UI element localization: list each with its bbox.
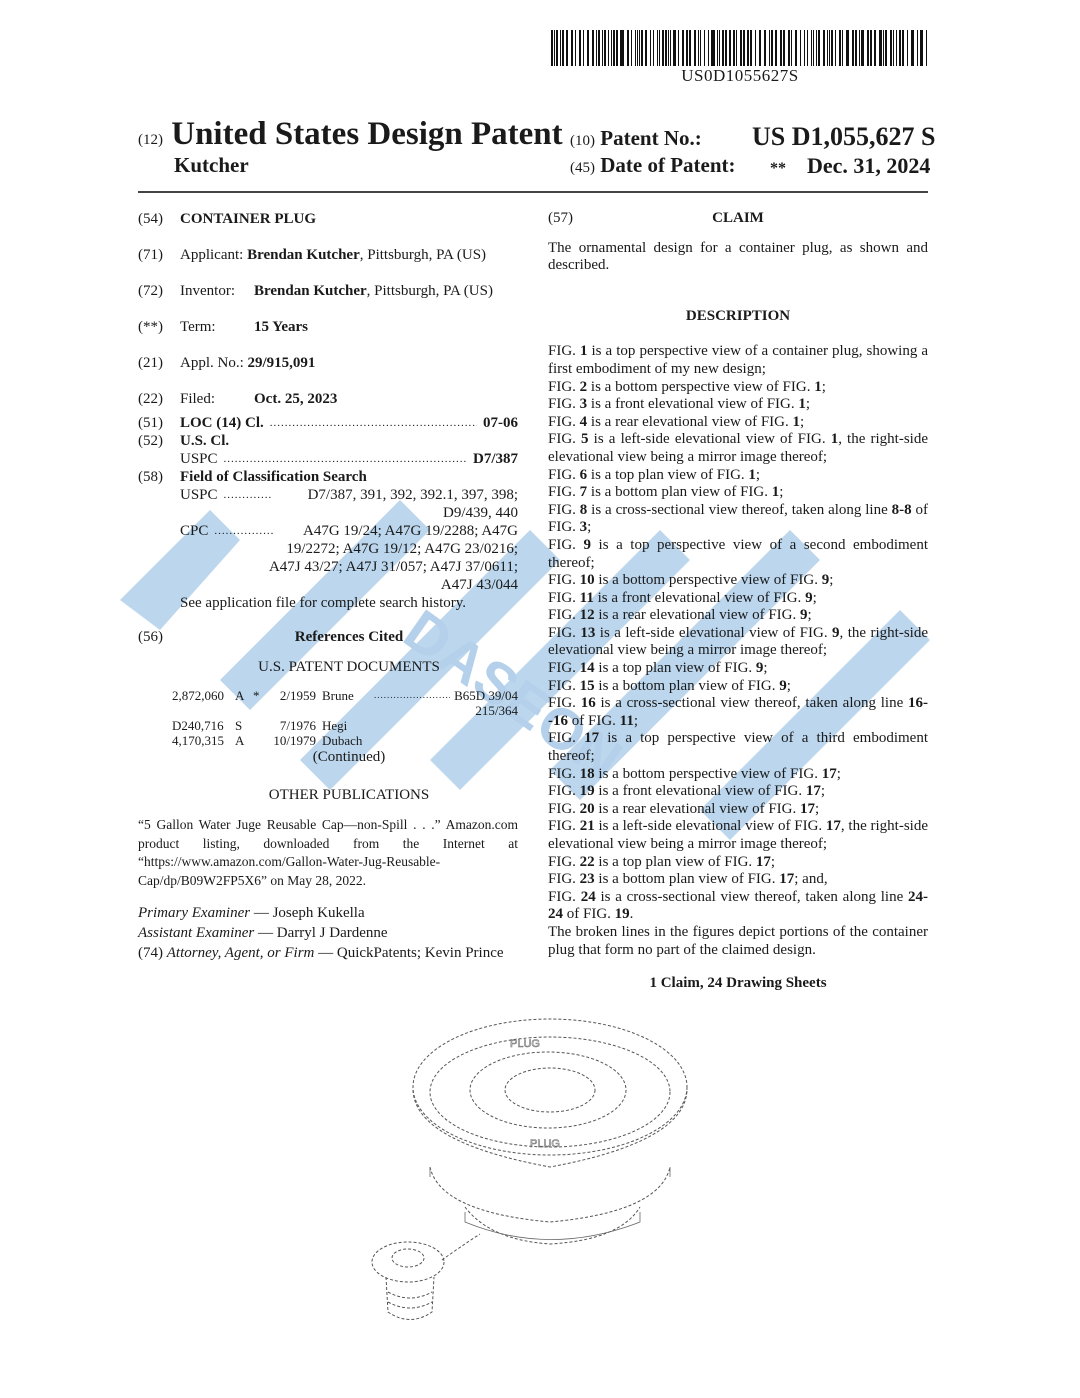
- figure-description: FIG. 3 is a front elevational view of FI…: [548, 396, 928, 414]
- inid-code: (52): [138, 432, 180, 450]
- barcode-bar: [579, 30, 580, 66]
- inid-code: (58): [138, 468, 180, 486]
- field-search-uspc: USPC ............. D7/387, 391, 392, 392…: [138, 486, 518, 504]
- barcode-bar: [627, 30, 629, 66]
- applicant-value: Applicant: Brendan Kutcher, Pittsburgh, …: [180, 246, 486, 264]
- barcode-bar: [551, 30, 553, 66]
- barcode-bar: [783, 30, 785, 66]
- barcode-bar: [637, 30, 638, 66]
- patent-number-label: (10) Patent No.:: [570, 126, 702, 151]
- loc-class-value: 07-06: [483, 414, 518, 432]
- assistant-examiner: Assistant Examiner — Darryl J Dardenne: [138, 924, 518, 942]
- uspc-label: USPC: [180, 450, 218, 468]
- barcode-bar: [747, 30, 749, 66]
- inventor-name: Brendan Kutcher: [254, 283, 367, 299]
- inventor-location: , Pittsburgh, PA (US): [367, 283, 493, 299]
- barcode-bar: [743, 30, 745, 66]
- appl-no-label: Appl. No.:: [180, 354, 244, 372]
- barcode-bar: [704, 30, 705, 66]
- barcode-bar: [911, 30, 912, 66]
- barcode-bar: [755, 30, 756, 66]
- search-cpc-line: 19/2272; A47G 19/12; A47G 23/0216;: [138, 540, 518, 558]
- barcode-bar: [725, 30, 727, 66]
- reference-name: Hegi: [322, 718, 374, 733]
- search-uspc-line: D9/439, 440: [138, 504, 518, 522]
- continued-note: (Continued): [138, 748, 518, 766]
- barcode-bar: [712, 30, 714, 66]
- claims-sheets-summary: 1 Claim, 24 Drawing Sheets: [548, 975, 928, 993]
- figure-description: FIG. 12 is a rear elevational view of FI…: [548, 607, 928, 625]
- other-publications-heading: OTHER PUBLICATIONS: [180, 786, 518, 804]
- barcode-bar: [750, 30, 751, 66]
- date-of-patent: Dec. 31, 2024: [807, 153, 930, 179]
- barcode-bar: [823, 30, 825, 66]
- barcode-bar: [598, 30, 600, 66]
- barcode-bar: [620, 30, 621, 66]
- figure-description: FIG. 1 is a top perspective view of a co…: [548, 343, 928, 378]
- barcode-bar: [829, 30, 830, 66]
- barcode-bar: [912, 30, 913, 66]
- barcode-bar: [611, 30, 612, 66]
- title-field: (54) CONTAINER PLUG: [138, 210, 518, 228]
- claim-heading-row: (57) CLAIM: [548, 210, 928, 228]
- figure-descriptions: FIG. 1 is a top perspective view of a co…: [548, 343, 928, 924]
- inid-code: (71): [138, 246, 180, 264]
- barcode-bar: [608, 30, 609, 66]
- barcode-bar: [769, 30, 770, 66]
- reference-class: [450, 718, 518, 733]
- barcode-bar: [800, 30, 801, 66]
- figure-description: FIG. 13 is a left-side elevational view …: [548, 625, 928, 660]
- date-of-patent-label: (45) Date of Patent:: [570, 153, 736, 178]
- barcode-bar: [659, 30, 660, 66]
- barcode-bar: [602, 30, 603, 66]
- barcode-bar: [759, 30, 760, 66]
- loc-class-field: (51) LOC (14) Cl. ......................…: [138, 414, 518, 432]
- search-uspc-label: USPC: [180, 486, 218, 504]
- applicant-label: Applicant:: [180, 247, 243, 263]
- barcode-bar: [686, 30, 687, 66]
- barcode-bar: [926, 30, 927, 66]
- barcode-bar: [587, 30, 588, 66]
- barcode-bar: [571, 30, 573, 66]
- barcode-bar: [650, 30, 651, 66]
- ring-text-top: PLUG: [510, 1038, 540, 1050]
- applicant-location: , Pittsburgh, PA (US): [360, 247, 486, 263]
- term-field: (**) Term:15 Years: [138, 318, 518, 336]
- barcode-bar: [816, 30, 817, 66]
- reference-kind: S: [235, 718, 253, 733]
- reference-row: 2,872,060A*2/1959Brune..................…: [138, 688, 518, 703]
- inid-code: (74): [138, 945, 163, 961]
- date-of-patent-label-text: Date of Patent:: [600, 153, 735, 177]
- barcode-bar: [804, 30, 805, 66]
- barcode-bar: [853, 30, 854, 66]
- inid-code: (72): [138, 282, 180, 300]
- inventor-value: Inventor:Brendan Kutcher, Pittsburgh, PA…: [180, 282, 493, 300]
- barcode-bar: [613, 30, 614, 66]
- barcode-bar: [842, 30, 843, 66]
- barcode-bar: [575, 30, 576, 66]
- inventor-label: Inventor:: [180, 282, 254, 300]
- references-heading: References Cited: [180, 628, 518, 646]
- field-search-cpc: CPC ................ A47G 19/24; A47G 19…: [138, 522, 518, 540]
- figure-description: FIG. 15 is a bottom plan view of FIG. 9;: [548, 678, 928, 696]
- figure-description: FIG. 21 is a left-side elevational view …: [548, 818, 928, 853]
- search-uspc-line: D7/387, 391, 392, 392.1, 397, 398;: [282, 486, 518, 504]
- figure-description: FIG. 10 is a bottom perspective view of …: [548, 572, 928, 590]
- claim-text: The ornamental design for a container pl…: [548, 240, 928, 275]
- barcode-bar: [717, 30, 718, 66]
- assistant-examiner-label: Assistant Examiner: [138, 925, 254, 941]
- reference-flag: [253, 733, 268, 748]
- primary-examiner-name: — Joseph Kukella: [254, 905, 365, 921]
- references-heading-row: (56) References Cited: [138, 628, 518, 646]
- other-publication-entry: “5 Gallon Water Juge Reusable Cap—non-Sp…: [138, 816, 518, 890]
- reference-name: Brune: [322, 688, 374, 703]
- barcode-bar: [859, 30, 860, 66]
- reference-class: [450, 733, 518, 748]
- barcode-bar: [771, 30, 773, 66]
- uspc-field: USPC ...................................…: [138, 450, 518, 468]
- applicant-name: Brendan Kutcher: [247, 247, 360, 263]
- field-search-label: Field of Classification Search: [180, 468, 367, 486]
- leader-dots: ........................................…: [374, 688, 450, 703]
- figure-description: FIG. 20 is a rear elevational view of FI…: [548, 801, 928, 819]
- figure-description: FIG. 17 is a top perspective view of a t…: [548, 730, 928, 765]
- inid-code: (21): [138, 354, 180, 372]
- bibliographic-column: (54) CONTAINER PLUG (71) Applicant: Bren…: [138, 210, 518, 962]
- inid-code: (**): [138, 318, 180, 336]
- leader-dots: [374, 718, 450, 733]
- barcode-bar: [653, 30, 654, 66]
- barcode-bar: [689, 30, 691, 66]
- attorney: (74) Attorney, Agent, or Firm — QuickPat…: [138, 944, 518, 962]
- date-marker: **: [770, 160, 786, 178]
- barcode-bar: [621, 30, 623, 66]
- attorney-name: — QuickPatents; Kevin Prince: [318, 945, 503, 961]
- barcode-bar: [668, 30, 669, 66]
- barcode-bar: [893, 30, 894, 66]
- barcode-bar: [635, 30, 636, 66]
- barcode-bar: [639, 30, 640, 66]
- inventor-field: (72) Inventor:Brendan Kutcher, Pittsburg…: [138, 282, 518, 300]
- primary-examiner-label: Primary Examiner: [138, 905, 250, 921]
- barcode-bar: [807, 30, 808, 66]
- claim-description-column: (57) CLAIM The ornamental design for a c…: [548, 210, 928, 993]
- barcode-bar: [560, 30, 561, 66]
- barcode-bar: [788, 30, 789, 66]
- barcode-bar: [839, 30, 840, 66]
- claim-heading: CLAIM: [590, 210, 928, 228]
- barcode-bar: [678, 30, 679, 66]
- header-divider: [138, 191, 928, 193]
- barcode-bar: [645, 30, 646, 66]
- barcode-bar: [780, 30, 782, 66]
- figure-description: FIG. 4 is a rear elevational view of FIG…: [548, 414, 928, 432]
- leader-dots: ........................................…: [270, 414, 477, 432]
- document-type: (12) United States Design Patent: [138, 116, 563, 153]
- barcode-bar: [700, 30, 701, 66]
- barcode-bar: [795, 30, 797, 66]
- search-cpc-line: A47J 43/044: [138, 576, 518, 594]
- barcode-bar: [846, 30, 848, 66]
- barcode-bar: [831, 30, 833, 66]
- inid-code: (57): [548, 210, 590, 228]
- document-type-title: United States Design Patent: [171, 116, 562, 152]
- patent-number-label-text: Patent No.:: [600, 126, 701, 150]
- barcode-bar: [874, 30, 876, 66]
- filed-value: Oct. 25, 2023: [254, 390, 337, 408]
- barcode-bar: [711, 30, 712, 66]
- figure-description: FIG. 2 is a bottom perspective view of F…: [548, 379, 928, 397]
- barcode-bar: [662, 30, 663, 66]
- barcode-bar: [722, 30, 723, 66]
- figure-description: FIG. 11 is a front elevational view of F…: [548, 590, 928, 608]
- barcode-bar: [592, 30, 594, 66]
- barcode-bar: [740, 30, 742, 66]
- barcode-bar: [596, 30, 597, 66]
- primary-examiner: Primary Examiner — Joseph Kukella: [138, 904, 518, 922]
- barcode-bar: [708, 30, 709, 66]
- figure-description: FIG. 6 is a top plan view of FIG. 1;: [548, 467, 928, 485]
- barcode-bar: [719, 30, 720, 66]
- us-class-label: U.S. Cl.: [180, 432, 229, 450]
- reference-number: D240,716: [138, 718, 235, 733]
- us-patent-documents-heading: U.S. PATENT DOCUMENTS: [180, 658, 518, 676]
- leader-dots: .............: [224, 486, 276, 504]
- figure-description: FIG. 7 is a bottom plan view of FIG. 1;: [548, 484, 928, 502]
- barcode-bar: [852, 30, 853, 66]
- term-value: 15 Years: [254, 318, 308, 336]
- search-cpc-line: A47G 19/24; A47G 19/2288; A47G: [286, 522, 518, 540]
- applicant-field: (71) Applicant: Brendan Kutcher, Pittsbu…: [138, 246, 518, 264]
- reference-date: 7/1976: [268, 718, 322, 733]
- search-cpc-label: CPC: [180, 522, 208, 540]
- search-cpc-line: A47J 43/27; A47J 31/057; A47J 37/0611;: [138, 558, 518, 576]
- barcode-bar: [764, 30, 765, 66]
- leader-dots: [374, 733, 450, 748]
- field-search-heading: (58) Field of Classification Search: [138, 468, 518, 486]
- inid-code-12: (12): [138, 132, 163, 148]
- barcode-bar: [896, 30, 897, 66]
- figure-description: FIG. 22 is a top plan view of FIG. 17;: [548, 854, 928, 872]
- barcode-bar: [907, 30, 908, 66]
- reference-row: D240,716S7/1976Hegi: [138, 718, 518, 733]
- barcode-bar: [827, 30, 828, 66]
- reference-class-secondary: 215/364: [138, 703, 518, 718]
- figure-description: FIG. 24 is a cross-sectional view thereo…: [548, 889, 928, 924]
- barcode-bar: [566, 30, 567, 66]
- barcode-bar: [775, 30, 776, 66]
- barcode-bar: [554, 30, 555, 66]
- invention-title: CONTAINER PLUG: [180, 210, 316, 228]
- inid-code: (54): [138, 210, 180, 228]
- barcode-bar: [604, 30, 606, 66]
- barcode-bar: [760, 30, 761, 66]
- inid-code-10: (10): [570, 133, 595, 149]
- figure-description: FIG. 19 is a front elevational view of F…: [548, 783, 928, 801]
- barcode-bar: [883, 30, 884, 66]
- appl-no-field: (21) Appl. No.: 29/915,091: [138, 354, 518, 372]
- barcode-bar: [682, 30, 684, 66]
- inid-code: (22): [138, 390, 180, 408]
- barcode-bar: [813, 30, 814, 66]
- barcode-bar: [811, 30, 812, 66]
- assistant-examiner-name: — Darryl J Dardenne: [258, 925, 388, 941]
- us-class-field: (52) U.S. Cl.: [138, 432, 518, 450]
- inid-code-45: (45): [570, 160, 595, 176]
- barcode-bar: [902, 30, 903, 66]
- barcode-bar: [694, 30, 695, 66]
- filed-field: (22) Filed:Oct. 25, 2023: [138, 390, 518, 408]
- attorney-label: Attorney, Agent, or Firm: [167, 945, 315, 961]
- barcode-bar: [736, 30, 737, 66]
- barcode-bar: [670, 30, 671, 66]
- figure-description: FIG. 14 is a top plan view of FIG. 9;: [548, 660, 928, 678]
- reference-flag: [253, 718, 268, 733]
- reference-date: 2/1959: [268, 688, 322, 703]
- leader-dots: ................: [214, 522, 280, 540]
- reference-class: B65D 39/04: [450, 688, 518, 703]
- figure-description: FIG. 5 is a left-side elevational view o…: [548, 431, 928, 466]
- barcode-bar: [556, 30, 558, 66]
- barcode-bar: [818, 30, 820, 66]
- patent-number: US D1,055,627 S: [752, 122, 935, 152]
- references-table: 2,872,060A*2/1959Brune..................…: [138, 688, 518, 748]
- barcode-bar: [729, 30, 730, 66]
- leader-dots: ........................................…: [224, 450, 467, 468]
- figure-description: FIG. 23 is a bottom plan view of FIG. 17…: [548, 871, 928, 889]
- barcode-bar: [733, 30, 735, 66]
- barcode-bar: [861, 30, 863, 66]
- reference-kind: A: [235, 733, 253, 748]
- reference-row: 4,170,315A10/1979Dubach: [138, 733, 518, 748]
- barcode-bar: [835, 30, 836, 66]
- figure-description: FIG. 16 is a cross-sectional view thereo…: [548, 695, 928, 730]
- barcode-bar: [583, 30, 584, 66]
- barcode-bar: [855, 30, 856, 66]
- inid-code: (56): [138, 628, 180, 646]
- barcode-bar: [641, 30, 643, 66]
- barcode-number: US0D1055627S: [551, 66, 929, 86]
- description-heading: DESCRIPTION: [548, 308, 928, 326]
- barcode-bar: [698, 30, 699, 66]
- barcode-bar: [885, 30, 887, 66]
- barcode-bar: [614, 30, 615, 66]
- barcode-bar: [616, 30, 617, 66]
- barcode-bar: [665, 30, 667, 66]
- inventor-surname: Kutcher: [174, 153, 249, 178]
- barcode-bar: [879, 30, 881, 66]
- uspc-value: D7/387: [473, 450, 518, 468]
- figure-description: FIG. 18 is a bottom perspective view of …: [548, 766, 928, 784]
- barcode-bar: [631, 30, 632, 66]
- reference-number: 2,872,060: [138, 688, 235, 703]
- barcode-bar: [899, 30, 901, 66]
- reference-name: Dubach: [322, 733, 374, 748]
- appl-no-value: 29/915,091: [248, 354, 316, 372]
- search-history-note: See application file for complete search…: [138, 594, 518, 612]
- ring-text-bottom: PLUG: [530, 1138, 560, 1150]
- barcode-bar: [657, 30, 658, 66]
- container-plug-drawing: PLUG PLUG: [370, 1012, 700, 1372]
- reference-flag: *: [253, 688, 268, 703]
- inid-code: (51): [138, 414, 180, 432]
- barcode-bar: [791, 30, 792, 66]
- barcode-bar: [867, 30, 869, 66]
- barcode-bar: [917, 30, 918, 66]
- barcode-bar: [562, 30, 564, 66]
- barcode-bar: [920, 30, 922, 66]
- barcode-bar: [673, 30, 675, 66]
- loc-class-label: LOC (14) Cl.: [180, 414, 264, 432]
- broken-lines-note: The broken lines in the figures depict p…: [548, 924, 928, 959]
- reference-kind: A: [235, 688, 253, 703]
- reference-number: 4,170,315: [138, 733, 235, 748]
- figure-description: FIG. 9 is a top perspective view of a se…: [548, 537, 928, 572]
- term-label: Term:: [180, 318, 254, 336]
- barcode: [551, 30, 929, 66]
- figure-description: FIG. 8 is a cross-sectional view thereof…: [548, 502, 928, 537]
- filed-label: Filed:: [180, 390, 254, 408]
- barcode-bar: [890, 30, 891, 66]
- reference-date: 10/1979: [268, 733, 322, 748]
- barcode-bar: [870, 30, 872, 66]
